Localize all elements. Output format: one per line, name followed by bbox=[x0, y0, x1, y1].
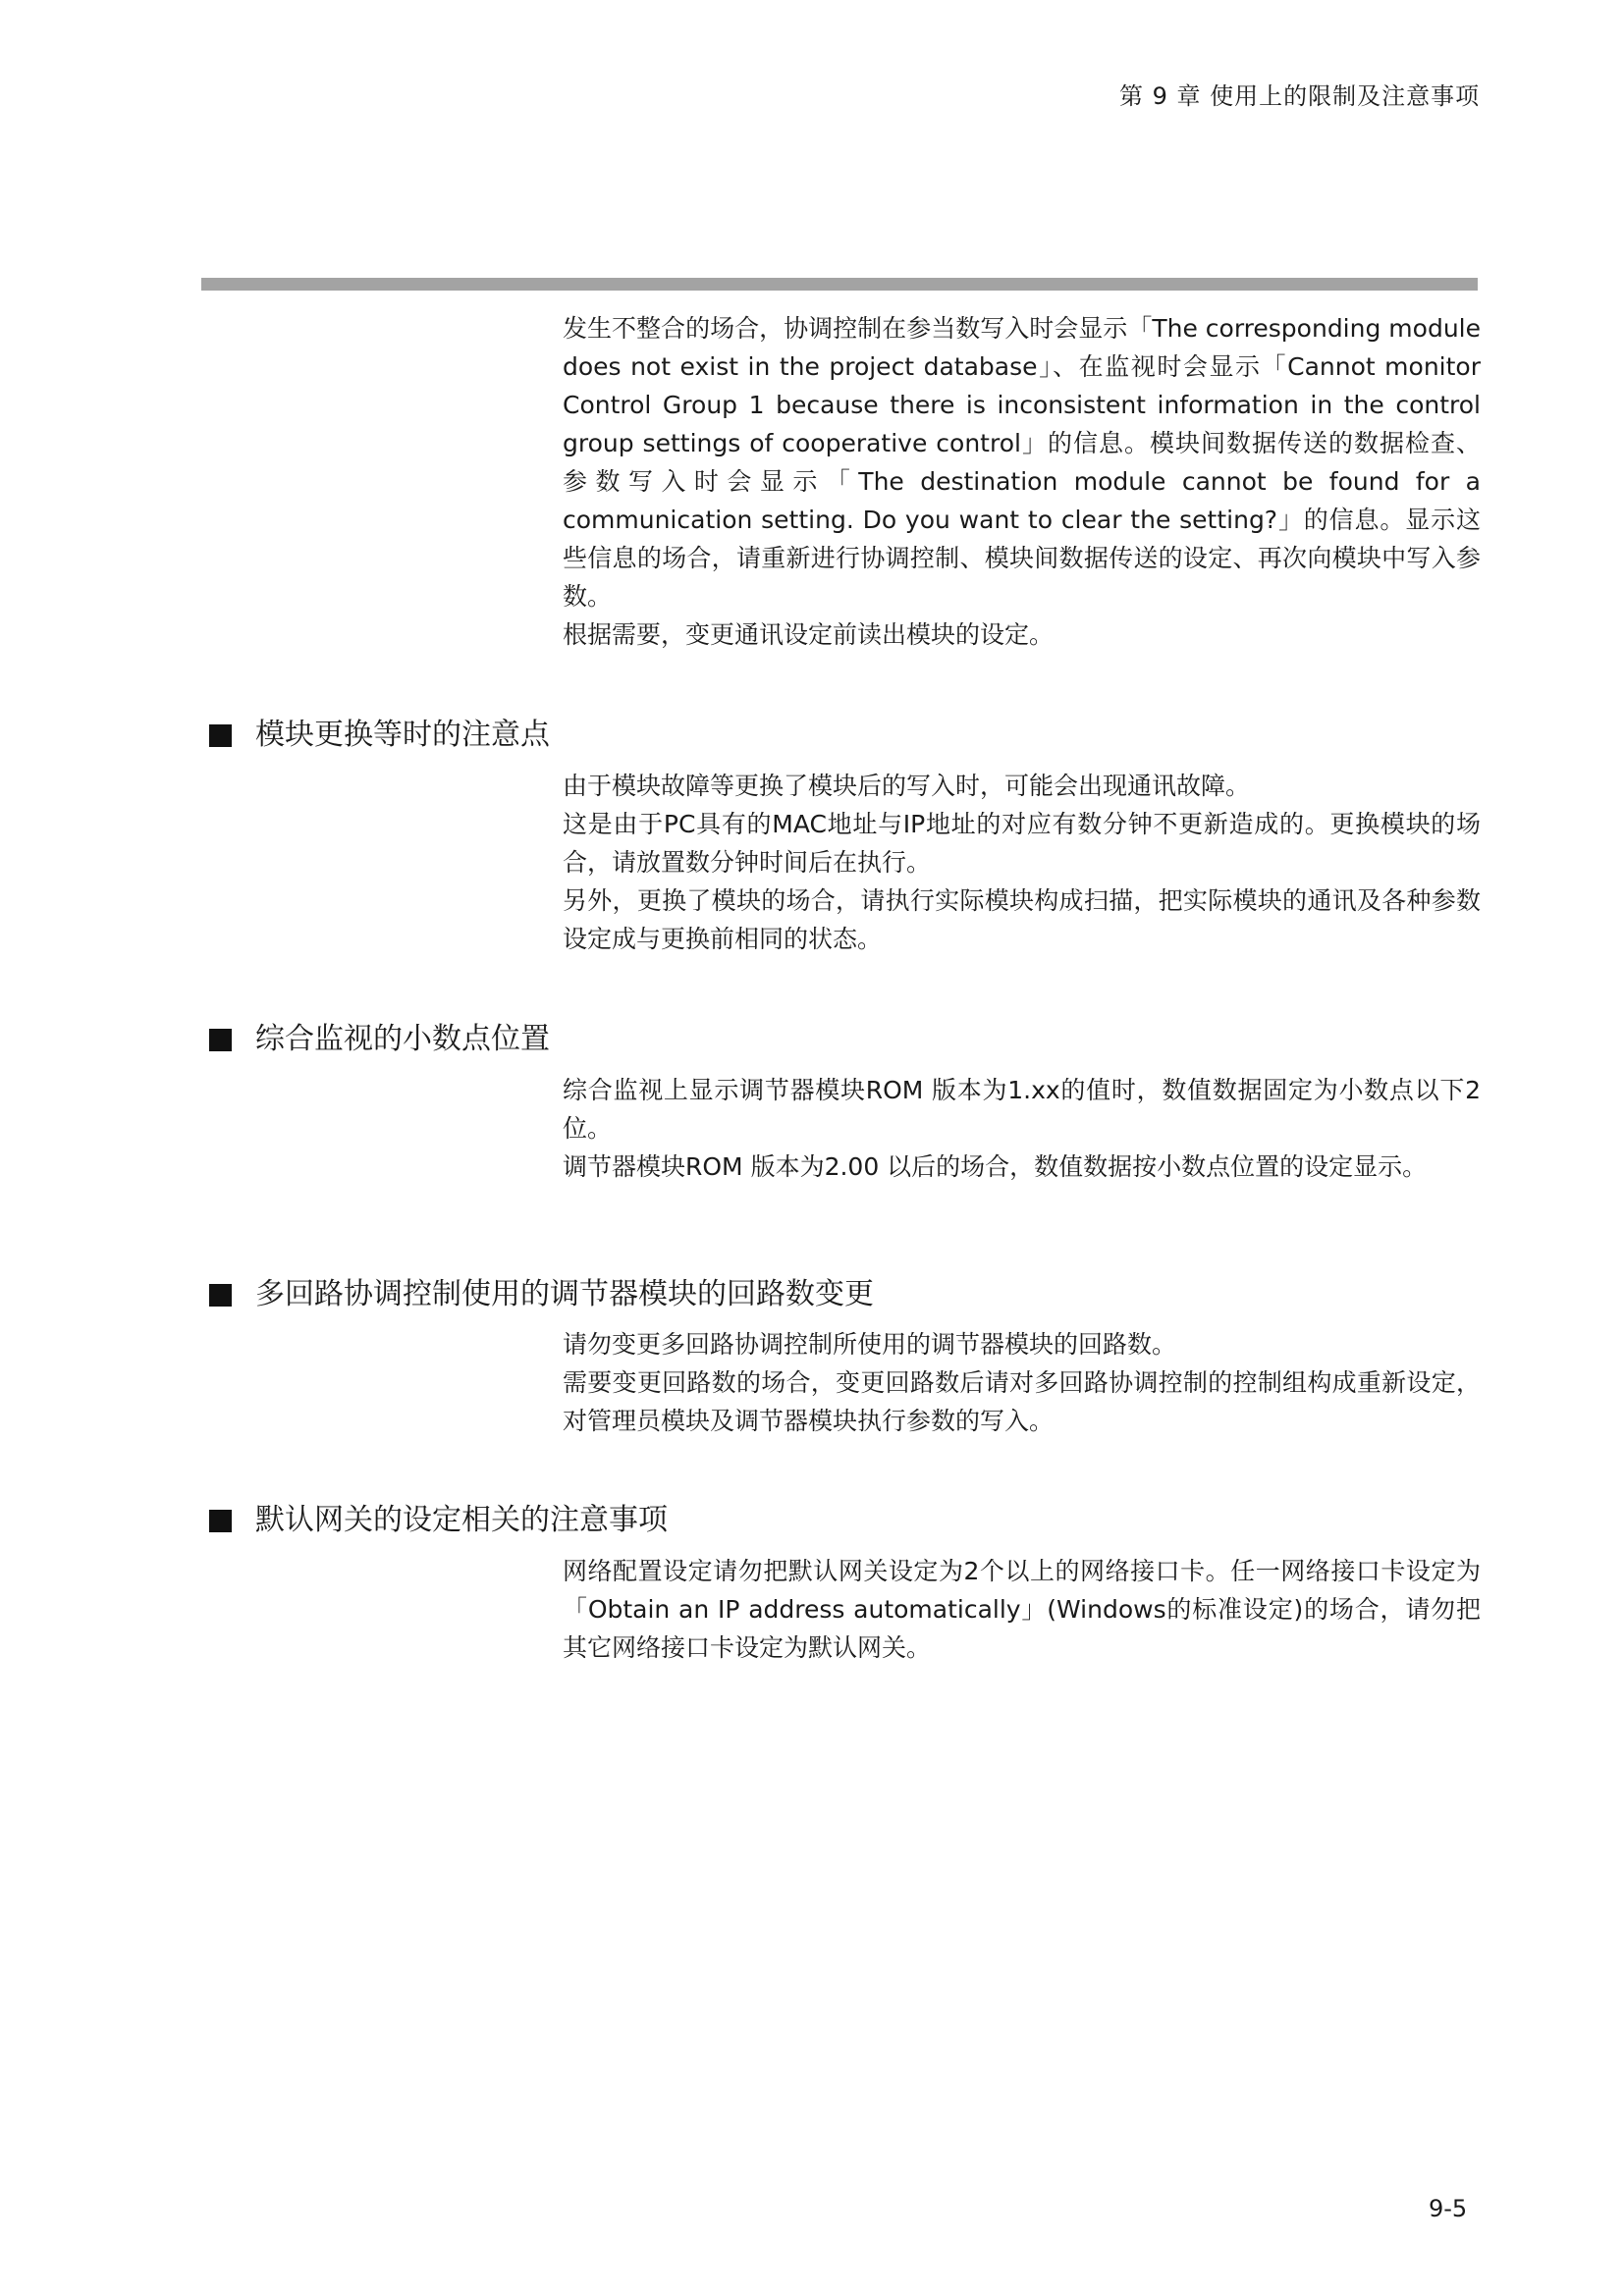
section-body: 由于模块故障等更换了模块后的写入时，可能会出现通讯故障。 这是由于PC具有的MA… bbox=[563, 767, 1481, 958]
section-heading-text: 默认网关的设定相关的注意事项 bbox=[255, 1503, 668, 1538]
section-paragraph: 网络配置设定请勿把默认网关设定为2个以上的网络接口卡。任一网络接口卡设定为「Ob… bbox=[563, 1552, 1481, 1667]
section-heading: 默认网关的设定相关的注意事项 bbox=[209, 1503, 668, 1538]
section-paragraph: 这是由于PC具有的MAC地址与IP地址的对应有数分钟不更新造成的。更换模块的场合… bbox=[563, 805, 1481, 881]
section-body: 请勿变更多回路协调控制所使用的调节器模块的回路数。 需要变更回路数的场合，变更回… bbox=[563, 1325, 1481, 1440]
intro-block: 发生不整合的场合，协调控制在参当数写入时会显示「The correspondin… bbox=[563, 309, 1481, 654]
section-heading-text: 模块更换等时的注意点 bbox=[255, 718, 550, 753]
square-bullet-icon bbox=[209, 724, 232, 747]
section-heading: 模块更换等时的注意点 bbox=[209, 718, 550, 753]
header-rule bbox=[201, 278, 1478, 291]
section-paragraph: 需要变更回路数的场合，变更回路数后请对多回路协调控制的控制组构成重新设定，对管理… bbox=[563, 1363, 1481, 1440]
square-bullet-icon bbox=[209, 1029, 232, 1051]
section-body: 网络配置设定请勿把默认网关设定为2个以上的网络接口卡。任一网络接口卡设定为「Ob… bbox=[563, 1552, 1481, 1667]
section-paragraph: 请勿变更多回路协调控制所使用的调节器模块的回路数。 bbox=[563, 1325, 1481, 1363]
section-paragraph: 调节器模块ROM 版本为2.00 以后的场合，数值数据按小数点位置的设定显示。 bbox=[563, 1148, 1481, 1186]
square-bullet-icon bbox=[209, 1284, 232, 1307]
intro-paragraph: 发生不整合的场合，协调控制在参当数写入时会显示「The correspondin… bbox=[563, 309, 1481, 615]
section-heading: 多回路协调控制使用的调节器模块的回路数变更 bbox=[209, 1277, 874, 1312]
section-paragraph: 综合监视上显示调节器模块ROM 版本为1.xx的值时，数值数据固定为小数点以下2… bbox=[563, 1071, 1481, 1148]
section-paragraph: 另外，更换了模块的场合，请执行实际模块构成扫描，把实际模块的通讯及各种参数设定成… bbox=[563, 881, 1481, 958]
intro-paragraph: 根据需要，变更通讯设定前读出模块的设定。 bbox=[563, 615, 1481, 654]
section-body: 综合监视上显示调节器模块ROM 版本为1.xx的值时，数值数据固定为小数点以下2… bbox=[563, 1071, 1481, 1186]
section-heading-text: 综合监视的小数点位置 bbox=[255, 1022, 550, 1057]
section-heading: 综合监视的小数点位置 bbox=[209, 1022, 550, 1057]
section-paragraph: 由于模块故障等更换了模块后的写入时，可能会出现通讯故障。 bbox=[563, 767, 1481, 805]
section-heading-text: 多回路协调控制使用的调节器模块的回路数变更 bbox=[255, 1277, 874, 1312]
running-header: 第 9 章 使用上的限制及注意事项 bbox=[1119, 77, 1480, 111]
page-number: 9-5 bbox=[1429, 2195, 1467, 2222]
square-bullet-icon bbox=[209, 1510, 232, 1532]
